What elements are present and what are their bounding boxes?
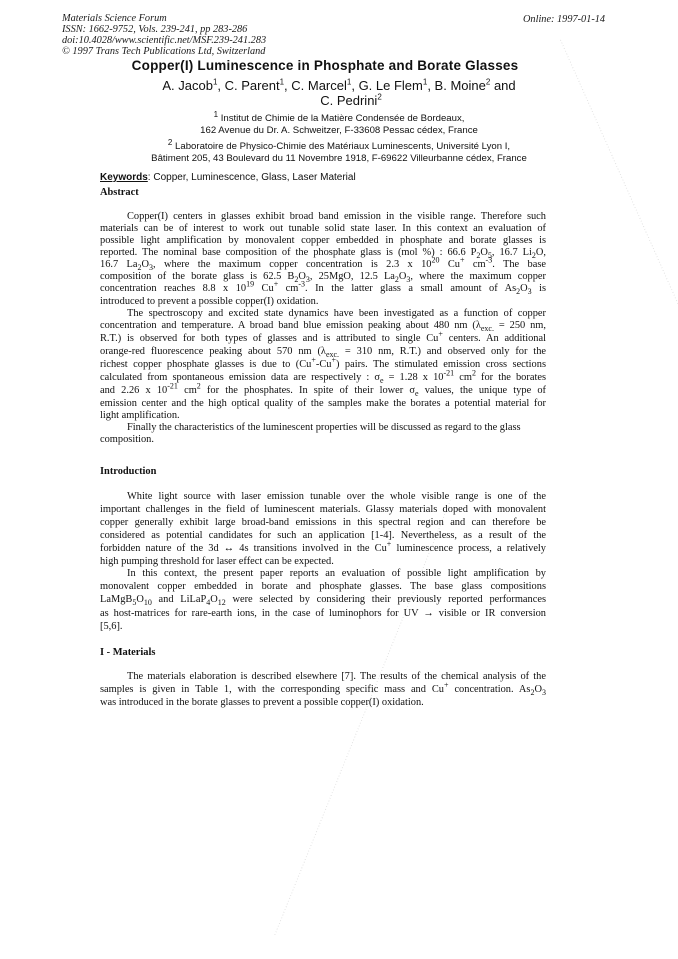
abstract-line: Copper(I) centers in glasses exhibit bro… xyxy=(100,211,546,222)
abstract-line: composition. xyxy=(100,434,154,445)
abstract-line: richest copper phosphate glasses is due … xyxy=(100,359,546,370)
affiliation-2-line-2: Bâtiment 205, 43 Boulevard du 11 Novembr… xyxy=(0,153,678,164)
intro-line: as host-matrices for rare-earth ions, in… xyxy=(100,608,546,619)
intro-line: [5,6]. xyxy=(100,621,123,632)
intro-line: In this context, the present paper repor… xyxy=(100,568,546,579)
abstract-line: R.T.) is observed for both types of glas… xyxy=(100,333,546,344)
materials-line: The materials elaboration is described e… xyxy=(100,671,546,682)
abstract-line: reported. The nominal base composition o… xyxy=(100,247,546,258)
keywords-label: Keywords xyxy=(100,172,148,183)
materials-line: samples is given in Table 1, with the co… xyxy=(100,684,546,695)
journal-name: Materials Science Forum xyxy=(62,13,266,24)
authors-line-2: C. Pedrini2 xyxy=(12,93,678,108)
paper-title: Copper(I) Luminescence in Phosphate and … xyxy=(0,58,678,73)
author: B. Moine2 xyxy=(435,78,491,93)
copyright-line: © 1997 Trans Tech Publications Ltd, Swit… xyxy=(62,46,266,57)
publication-header: Materials Science Forum ISSN: 1662-9752,… xyxy=(62,13,272,58)
paper-title-text: Copper(I) Luminescence in Phosphate and … xyxy=(132,58,519,73)
abstract-line: concentration reaches 8.8 x 1019 Cu+ cm-… xyxy=(100,283,546,294)
abstract-line: orange-red fluorescence peaking about 57… xyxy=(100,346,546,357)
intro-line: LaMgB5O10 and LiLaP4O12 were selected by… xyxy=(100,594,546,605)
abstract-line: possible light amplification by monovale… xyxy=(100,235,546,246)
authors-line-1: A. Jacob1, C. Parent1, C. Marcel1, G. Le… xyxy=(0,78,678,93)
abstract-line: materials can be of interest to work out… xyxy=(100,223,546,234)
intro-line: important challenges in the field of lum… xyxy=(100,504,546,515)
abstract-line: concentration and temperature. A broad b… xyxy=(100,320,546,331)
abstract-line: emission center and the high optical qua… xyxy=(100,398,546,409)
online-date: Online: 1997-01-14 xyxy=(523,14,605,25)
abstract-line: light amplification. xyxy=(100,410,180,421)
author: C. Parent1 xyxy=(225,78,284,93)
affiliation-1-line-2: 162 Avenue du Dr. A. Schweitzer, F-33608… xyxy=(0,125,678,136)
intro-line: monovalent copper embedded in borate and… xyxy=(100,581,546,592)
abstract-line: composition of the borate glass is 62.5 … xyxy=(100,271,546,282)
abstract-line: and 2.26 x 10-21 cm2 for the phosphates.… xyxy=(100,385,546,396)
affiliation-2-line-1: 2 Laboratoire de Physico-Chimie des Maté… xyxy=(0,141,678,152)
intro-line: White light source with laser emission t… xyxy=(100,491,546,502)
and-conjunction: and xyxy=(494,78,516,93)
affiliation-1-line-1: 1 Institut de Chimie de la Matière Conde… xyxy=(0,113,678,124)
author: C. Marcel1 xyxy=(291,78,351,93)
author: C. Pedrini2 xyxy=(320,93,382,108)
author: A. Jacob1 xyxy=(162,78,217,93)
doi-line: doi:10.4028/www.scientific.net/MSF.239-2… xyxy=(62,35,266,46)
abstract-line: Finally the characteristics of the lumin… xyxy=(127,422,521,433)
abstract-line: introduced to prevent a possible copper(… xyxy=(100,296,318,307)
author: G. Le Flem1 xyxy=(359,78,428,93)
materials-heading: I - Materials xyxy=(100,647,155,658)
keywords: Keywords: Copper, Luminescence, Glass, L… xyxy=(100,172,356,183)
introduction-heading: Introduction xyxy=(100,466,156,477)
intro-line: considered as potential candidates for s… xyxy=(100,530,546,541)
materials-line: was introduced in the borate glasses to … xyxy=(100,697,424,708)
abstract-heading: Abstract xyxy=(100,187,139,198)
intro-line: high pumping threshold for laser effect … xyxy=(100,556,334,567)
intro-line: forbidden nature of the 3d ↔ 4s transiti… xyxy=(100,543,546,554)
intro-line: copper generally exhibit large broad-ban… xyxy=(100,517,546,528)
abstract-line: 16.7 La2O3, where the maximum copper con… xyxy=(100,259,546,270)
keywords-value: Copper, Luminescence, Glass, Laser Mater… xyxy=(153,172,355,183)
abstract-line: The spectroscopy and excited state dynam… xyxy=(100,308,546,319)
issn-line: ISSN: 1662-9752, Vols. 239-241, pp 283-2… xyxy=(62,24,266,35)
